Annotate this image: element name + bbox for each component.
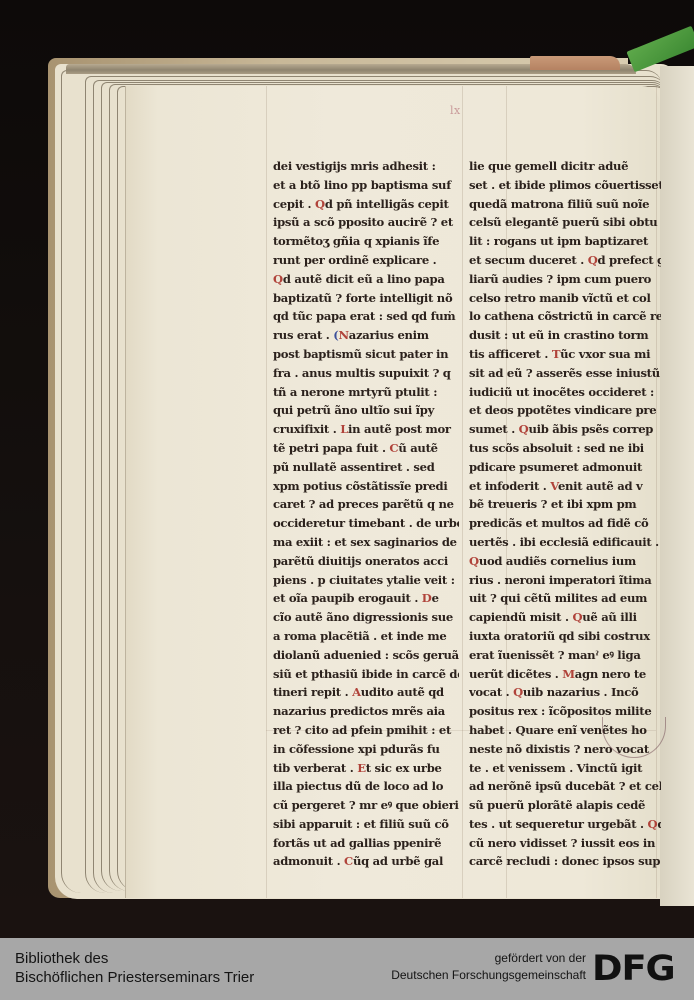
manuscript-line: pdicare psumeret admonuit bbox=[469, 458, 661, 477]
manuscript-line: liarũ audies ? ipm cum puero bbox=[469, 270, 661, 289]
manuscript-line: lit : rogans ut ipm baptizaret bbox=[469, 232, 661, 251]
text-column-right: lie que gemell dicitr aduẽset . et ibide… bbox=[469, 157, 661, 871]
manuscript-line: a roma placẽtiã . et inde me bbox=[273, 627, 459, 646]
manuscript-line: dei vestigijs mris adhesit : bbox=[273, 157, 459, 176]
rubricated-initial: N bbox=[338, 328, 348, 342]
manuscript-line: occideretur timebant . de urbe ro bbox=[273, 514, 459, 533]
rubricated-initial: Q bbox=[273, 272, 283, 286]
manuscript-line: diolanũ aduenied : scõs geruã bbox=[273, 646, 459, 665]
manuscript-line: ipsũ a scõ pposito aucirẽ ? et bbox=[273, 213, 459, 232]
manuscript-line: celso retro manib vĩctũ et col bbox=[469, 289, 661, 308]
manuscript-line: runt per ordinẽ explicare . bbox=[273, 251, 459, 270]
manuscript-line: quedã matrona filiũ suũ noĩe bbox=[469, 195, 661, 214]
library-credit: Bibliothek des Bischöflichen Priestersem… bbox=[15, 949, 254, 987]
funding-credit: gefördert von der Deutschen Forschungsge… bbox=[391, 950, 586, 984]
manuscript-line: iudiciũ ut inocẽtes occideret : bbox=[469, 383, 661, 402]
manuscript-line: et deos ppotẽtes vindicare pre bbox=[469, 401, 661, 420]
rubricated-initial: V bbox=[550, 479, 558, 493]
manuscript-line: cũ pergeret ? mr eꝰ que obierit bbox=[273, 796, 459, 815]
manuscript-line: tis afficeret . Tũc vxor sua mi bbox=[469, 345, 661, 364]
manuscript-line: qui petrũ ãno ultĩo sui ĩpy bbox=[273, 401, 459, 420]
manuscript-line: et a btõ lino pp baptisma suf bbox=[273, 176, 459, 195]
rubricated-initial: Q bbox=[572, 610, 582, 624]
funding-line2: Deutschen Forschungsgemeinschaft bbox=[391, 967, 586, 984]
rubricated-initial: Q bbox=[648, 817, 658, 831]
dfg-logo: DFG bbox=[592, 950, 675, 988]
rubricated-initial: C bbox=[344, 854, 353, 868]
manuscript-line: cruxifixit . Lin autẽ post mor bbox=[273, 420, 459, 439]
manuscript-line: post baptismũ sicut pater in bbox=[273, 345, 459, 364]
manuscript-line: fra . anus multis supuixit ? q bbox=[273, 364, 459, 383]
manuscript-line: siũ et pthasiũ ibide in carcẽ de bbox=[273, 665, 459, 684]
manuscript-line: parẽtũ diuitijs oneratos acci bbox=[273, 552, 459, 571]
rubricated-initial: Q bbox=[513, 685, 523, 699]
text-column-left: dei vestigijs mris adhesit :et a btõ lin… bbox=[273, 157, 459, 871]
manuscript-line: cĩo autẽ ãno digressionis sue bbox=[273, 608, 459, 627]
manuscript-line: tormẽtoʒ gñia q xpianis ĩfe bbox=[273, 232, 459, 251]
manuscript-line: capiendũ misit . Quẽ aũ illi bbox=[469, 608, 661, 627]
manuscript-line: tñ a nerone mrtyrũ ptulit : bbox=[273, 383, 459, 402]
manuscript-line: Qd autẽ dicit eũ a lino papa bbox=[273, 270, 459, 289]
manuscript-line: pũ nullatẽ assentiret . sed bbox=[273, 458, 459, 477]
funding-line1: gefördert von der bbox=[391, 950, 586, 967]
manuscript-line: lie que gemell dicitr aduẽ bbox=[469, 157, 661, 176]
rubricated-initial: E bbox=[357, 761, 366, 775]
manuscript-line: ret ? cito ad pfein pmihit : et bbox=[273, 721, 459, 740]
manuscript-line: tus scõs absoluit : sed ne ibi bbox=[469, 439, 661, 458]
manuscript-line: baptizatũ ? forte intelligit nõ bbox=[273, 289, 459, 308]
manuscript-line: bẽ treueris ? et ibi xpm pm bbox=[469, 495, 661, 514]
library-name-line2: Bischöflichen Priesterseminars Trier bbox=[15, 968, 254, 987]
rubricated-initial: Q bbox=[315, 197, 325, 211]
manuscript-line: cepit . Qd pñ intelligãs cepit bbox=[273, 195, 459, 214]
manuscript-line: tẽ petri papa fuit . Cũ autẽ bbox=[273, 439, 459, 458]
manuscript-line: sit ad eũ ? asserẽs esse iniustũ bbox=[469, 364, 661, 383]
manuscript-line: celsũ elegantẽ puerũ sibi obtu bbox=[469, 213, 661, 232]
manuscript-line: tib verberat . Et sic ex urbe bbox=[273, 759, 459, 778]
manuscript-line: sibi apparuit : et filiũ suũ cõ bbox=[273, 815, 459, 834]
manuscript-line: fortãs ut ad gallias ppenirẽ bbox=[273, 834, 459, 853]
rubricated-initial: A bbox=[352, 685, 361, 699]
manuscript-line: uertẽs . ibi ecclesiã edificauit . bbox=[469, 533, 661, 552]
manuscript-line: predicãs et multos ad fidẽ cõ bbox=[469, 514, 661, 533]
manuscript-line: et oĩa paupib erogauit . De bbox=[273, 589, 459, 608]
manuscript-line: et infoderit . Venit autẽ ad v bbox=[469, 477, 661, 496]
manuscript-line: xpm potius cõstãtissĩe predi bbox=[273, 477, 459, 496]
manuscript-image-viewer[interactable]: lx dei vestigijs mris adhesit :et a btõ … bbox=[0, 0, 694, 938]
rubricated-initial: Q bbox=[469, 554, 479, 568]
manuscript-line: et secum duceret . Qd prefect gal bbox=[469, 251, 661, 270]
folio-number: lx bbox=[450, 104, 461, 117]
ruling-line bbox=[462, 86, 463, 898]
manuscript-line: uit ? qui cẽtũ milites ad eum bbox=[469, 589, 661, 608]
manuscript-line: qd tũc papa erat : sed qd fuṁ bbox=[273, 307, 459, 326]
manuscript-line: illa piectus dũ de loco ad lo bbox=[273, 777, 459, 796]
rubricated-initial: L bbox=[340, 422, 348, 436]
bookmark-tab bbox=[530, 56, 620, 70]
rubricated-initial: Q bbox=[588, 253, 598, 267]
manuscript-line: dusit : ut eũ in crastino torm bbox=[469, 326, 661, 345]
rubricated-initial: D bbox=[422, 591, 432, 605]
manuscript-line: admonuit . Cũq ad urbẽ gal bbox=[273, 852, 459, 871]
manuscript-line: caret ? ad preces parẽtũ q ne bbox=[273, 495, 459, 514]
manuscript-line: piens . p ciuitates ytalie veit : bbox=[273, 571, 459, 590]
manuscript-line: sũ puerũ plorãtẽ alapis cedẽ bbox=[469, 796, 661, 815]
manuscript-line: tineri repit . Audito autẽ qd bbox=[273, 683, 459, 702]
rubricated-initial: M bbox=[562, 667, 575, 681]
manuscript-line: sumet . Quib ãbis psẽs correp bbox=[469, 420, 661, 439]
manuscript-line: cũ nero vidisset ? iussit eos in bbox=[469, 834, 661, 853]
manuscript-line: rus erat . (Nazarius enim bbox=[273, 326, 459, 345]
manuscript-line: iuxta oratoriũ qd sibi costrux bbox=[469, 627, 661, 646]
facing-page-edge bbox=[660, 66, 694, 906]
manuscript-line: nazarius predictos mrẽs aia bbox=[273, 702, 459, 721]
manuscript-line: lo cathena cõstrictũ in carcẽ re bbox=[469, 307, 661, 326]
manuscript-line: ma exiit : et sex saginarios de bbox=[273, 533, 459, 552]
manuscript-line: ad nerõnẽ ipsũ ducebãt ? et cel bbox=[469, 777, 661, 796]
manuscript-line: erat ĩuenissẽt ? manˀ eꝰ liga bbox=[469, 646, 661, 665]
manuscript-line: set . et ibide plimos cõuertisset : bbox=[469, 176, 661, 195]
manuscript-line: vocat . Quib nazarius . Incõ bbox=[469, 683, 661, 702]
rubricated-initial: T bbox=[552, 347, 560, 361]
manuscript-line: uerũt dicẽtes . Magn nero te bbox=[469, 665, 661, 684]
manuscript-line: Quod audiẽs cornelius ium bbox=[469, 552, 661, 571]
manuscript-line: tes . ut sequeretur urgebãt . Qd bbox=[469, 815, 661, 834]
manuscript-line: te . et venissem . Vinctũ igit bbox=[469, 759, 661, 778]
library-name-line1: Bibliothek des bbox=[15, 949, 254, 968]
manuscript-line: rius . neroni imperatori ĩtima bbox=[469, 571, 661, 590]
ruling-line bbox=[266, 86, 267, 898]
rubricated-initial: Q bbox=[519, 422, 529, 436]
manuscript-line: in cõfessione xpi pdurãs fu bbox=[273, 740, 459, 759]
manuscript-line: carcẽ recludi : donec ipsos sup bbox=[469, 852, 661, 871]
footer-bar: Bibliothek des Bischöflichen Priestersem… bbox=[0, 938, 694, 1000]
rubricated-initial: C bbox=[389, 441, 398, 455]
